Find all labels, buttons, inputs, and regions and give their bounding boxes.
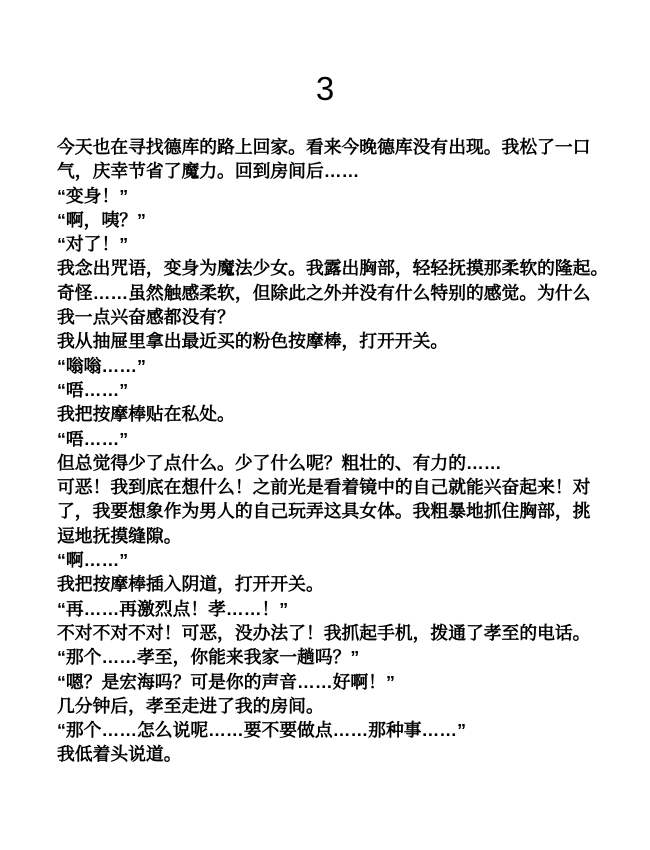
text-line: 可恶！我到底在想什么！之前光是看着镜中的自己就能兴奋起来！对 xyxy=(57,475,620,499)
text-line: “唔……” xyxy=(57,427,620,451)
text-line: 奇怪……虽然触感柔软，但除此之外并没有什么特别的感觉。为什么 xyxy=(57,281,620,305)
text-line: “再……再激烈点！孝……！” xyxy=(57,597,620,621)
text-line: “嗯？是宏海吗？可是你的声音……好啊！” xyxy=(57,670,620,694)
text-line: “变身！” xyxy=(57,184,620,208)
text-line: “那个……怎么说呢……要不要做点……那种事……” xyxy=(57,718,620,742)
text-line: “啊，咦？” xyxy=(57,208,620,232)
text-line: “嗡嗡……” xyxy=(57,354,620,378)
text-line: 不对不对不对！可恶，没办法了！我抓起手机，拨通了孝至的电话。 xyxy=(57,621,620,645)
text-line: “对了！” xyxy=(57,232,620,256)
body-text: 今天也在寻找德库的路上回家。看来今晚德库没有出现。我松了一口 气，庆幸节省了魔力… xyxy=(0,135,650,767)
chapter-number: 3 xyxy=(0,0,650,108)
text-line: 我念出咒语，变身为魔法少女。我露出胸部，轻轻抚摸那柔软的隆起。 xyxy=(57,256,620,280)
text-line: 我从抽屉里拿出最近买的粉色按摩棒，打开开关。 xyxy=(57,329,620,353)
text-line: 我把按摩棒插入阴道，打开开关。 xyxy=(57,572,620,596)
text-line: “啊……” xyxy=(57,548,620,572)
text-line: “那个……孝至，你能来我家一趟吗？” xyxy=(57,645,620,669)
text-line: 了，我要想象作为男人的自己玩弄这具女体。我粗暴地抓住胸部，挑 xyxy=(57,499,620,523)
reader-page: 3 今天也在寻找德库的路上回家。看来今晚德库没有出现。我松了一口 气，庆幸节省了… xyxy=(0,0,650,850)
text-line: 气，庆幸节省了魔力。回到房间后…… xyxy=(57,159,620,183)
text-line: 今天也在寻找德库的路上回家。看来今晚德库没有出现。我松了一口 xyxy=(57,135,620,159)
text-line: 我一点兴奋感都没有？ xyxy=(57,305,620,329)
text-line: 几分钟后，孝至走进了我的房间。 xyxy=(57,694,620,718)
text-line: “唔……” xyxy=(57,378,620,402)
text-line: 逗地抚摸缝隙。 xyxy=(57,524,620,548)
text-line: 但总觉得少了点什么。少了什么呢？粗壮的、有力的…… xyxy=(57,451,620,475)
text-line: 我低着头说道。 xyxy=(57,742,620,766)
text-line: 我把按摩棒贴在私处。 xyxy=(57,402,620,426)
